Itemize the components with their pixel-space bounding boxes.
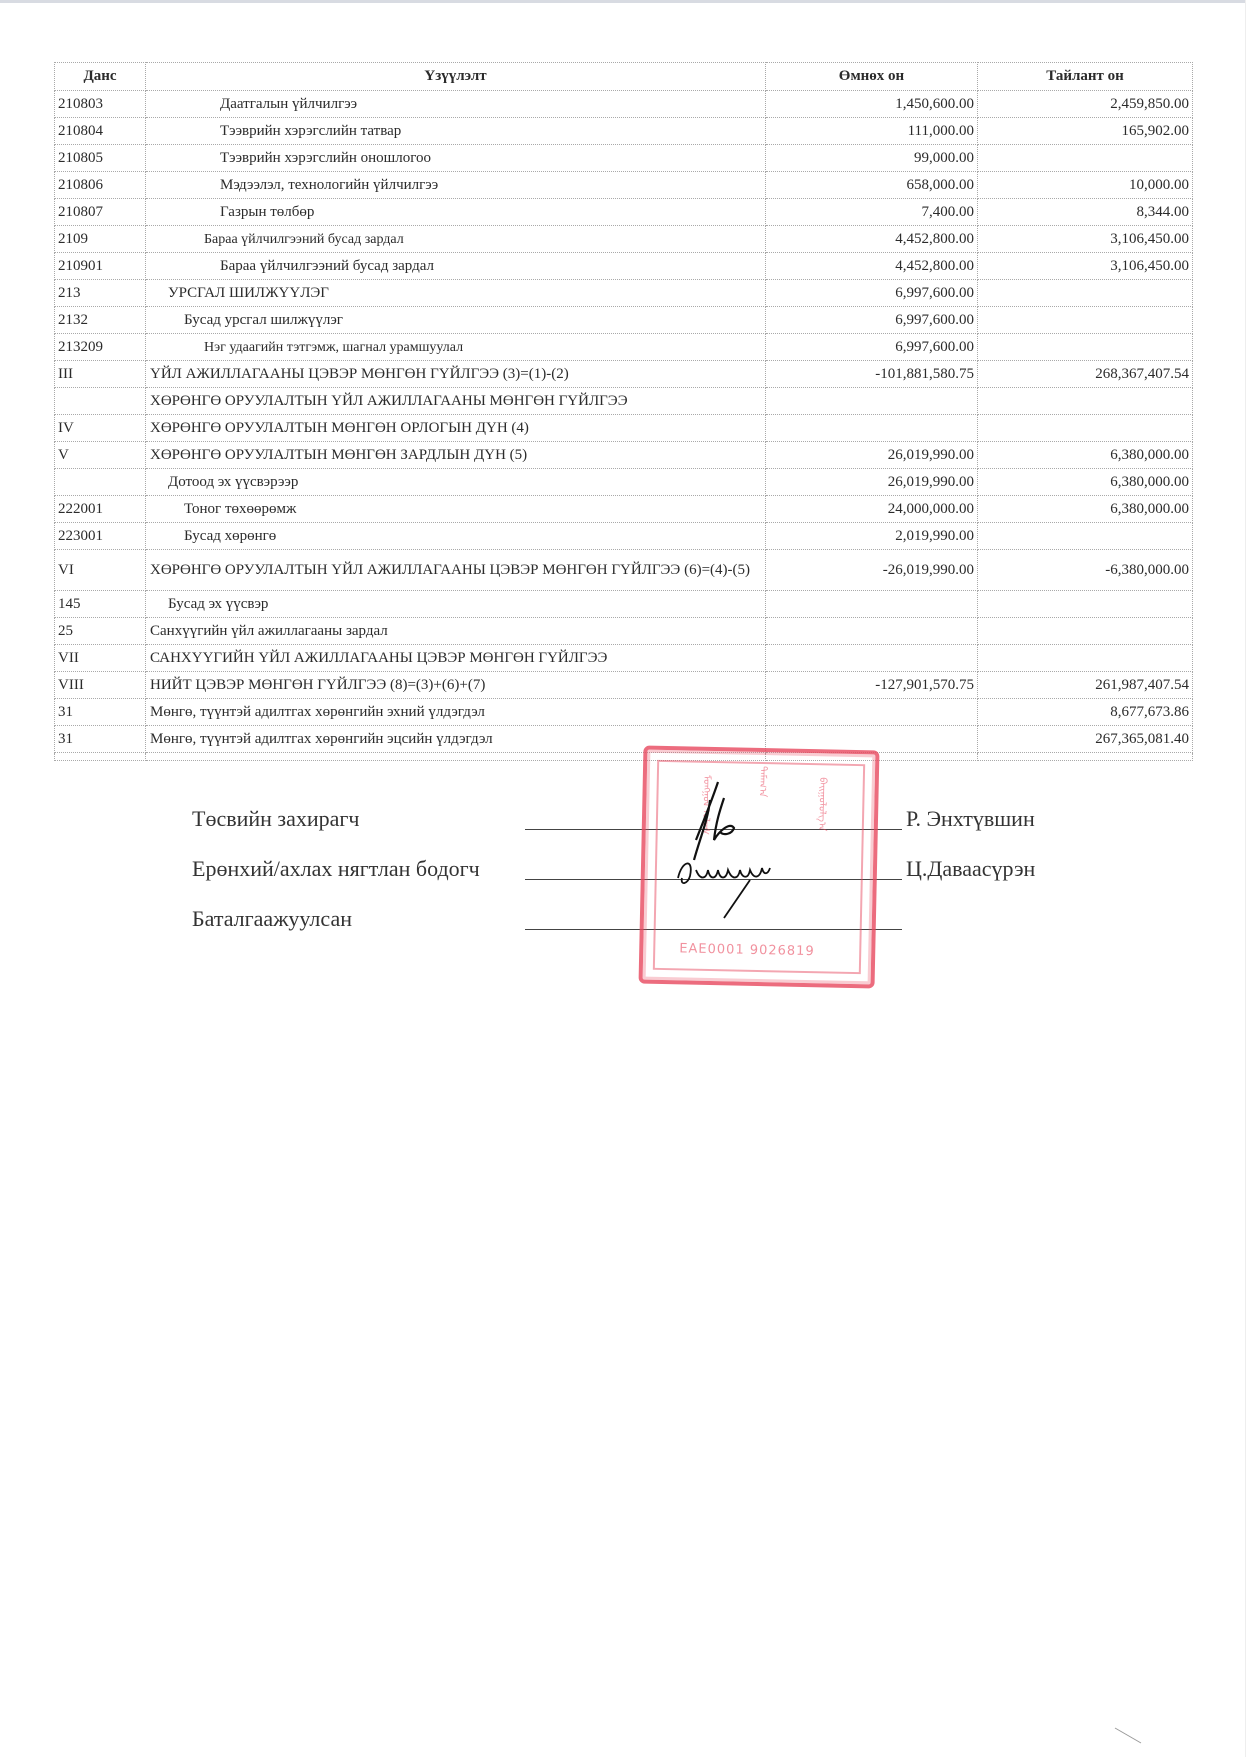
table-row: 31Мөнгө, түүнтэй адилтгах хөрөнгийн эхни… [55, 699, 1193, 726]
table-row: 210805Тээврийн хэрэгслийн оношлогоо99,00… [55, 145, 1193, 172]
indicator-label-cell: ХӨРӨНГӨ ОРУУЛАЛТЫН МӨНГӨН ОРЛОГЫН ДҮН (4… [146, 415, 766, 442]
previous-year-value-cell [766, 699, 978, 726]
previous-year-value-cell: -101,881,580.75 [766, 361, 978, 388]
table-row: IVХӨРӨНГӨ ОРУУЛАЛТЫН МӨНГӨН ОРЛОГЫН ДҮН … [55, 415, 1193, 442]
account-code-cell: 213 [55, 280, 146, 307]
account-code-cell: III [55, 361, 146, 388]
indicator-label-cell: Тээврийн хэрэгслийн татвар [146, 118, 766, 145]
indicator-label-cell: Бусад хөрөнгө [146, 523, 766, 550]
spacer-cell [55, 753, 146, 761]
spacer-cell [978, 753, 1193, 761]
current-year-value-cell [978, 280, 1193, 307]
table-row: VIХӨРӨНГӨ ОРУУЛАЛТЫН ҮЙЛ АЖИЛЛАГААНЫ ЦЭВ… [55, 550, 1193, 591]
previous-year-value-cell: 4,452,800.00 [766, 226, 978, 253]
indicator-label-cell: Даатгалын үйлчилгээ [146, 91, 766, 118]
stamp-registration-code: EAE0001 9026819 [679, 941, 815, 959]
current-year-value-cell: 3,106,450.00 [978, 253, 1193, 280]
indicator-label-cell: УРСГАЛ ШИЛЖҮҮЛЭГ [146, 280, 766, 307]
current-year-value-cell: 6,380,000.00 [978, 496, 1193, 523]
current-year-value-cell: 3,106,450.00 [978, 226, 1193, 253]
table-row: VIIСАНХҮҮГИЙН ҮЙЛ АЖИЛЛАГААНЫ ЦЭВЭР МӨНГ… [55, 645, 1193, 672]
account-code-cell: 223001 [55, 523, 146, 550]
table-row: 213УРСГАЛ ШИЛЖҮҮЛЭГ6,997,600.00 [55, 280, 1193, 307]
current-year-value-cell: 10,000.00 [978, 172, 1193, 199]
indicator-label-cell: Нэг удаагийн тэтгэмж, шагнал урамшуулал [146, 334, 766, 361]
current-year-value-cell [978, 523, 1193, 550]
current-year-value-cell: 2,459,850.00 [978, 91, 1193, 118]
account-code-cell: IV [55, 415, 146, 442]
previous-year-value-cell: 26,019,990.00 [766, 469, 978, 496]
current-year-value-cell [978, 307, 1193, 334]
handwritten-signature-2 [672, 840, 822, 920]
current-year-value-cell: 268,367,407.54 [978, 361, 1193, 388]
current-year-value-cell [978, 145, 1193, 172]
header-current-year: Тайлант он [978, 63, 1193, 91]
account-code-cell [55, 388, 146, 415]
indicator-label-cell: Дотоод эх үүсвэрээр [146, 469, 766, 496]
previous-year-value-cell [766, 645, 978, 672]
signatory-name-budget-manager: Р. Энхтүвшин [906, 806, 1035, 832]
account-code-cell: 210806 [55, 172, 146, 199]
current-year-value-cell: -6,380,000.00 [978, 550, 1193, 591]
previous-year-value-cell: 2,019,990.00 [766, 523, 978, 550]
account-code-cell: 31 [55, 726, 146, 753]
current-year-value-cell: 8,344.00 [978, 199, 1193, 226]
indicator-label-cell: Тээврийн хэрэгслийн оношлогоо [146, 145, 766, 172]
table-row: 210901Бараа үйлчилгээний бусад зардал4,4… [55, 253, 1193, 280]
current-year-value-cell [978, 591, 1193, 618]
table-row: ХӨРӨНГӨ ОРУУЛАЛТЫН ҮЙЛ АЖИЛЛАГААНЫ МӨНГӨ… [55, 388, 1193, 415]
indicator-label-cell: Бусад эх үүсвэр [146, 591, 766, 618]
table-row: VХӨРӨНГӨ ОРУУЛАЛТЫН МӨНГӨН ЗАРДЛЫН ДҮН (… [55, 442, 1193, 469]
previous-year-value-cell: 7,400.00 [766, 199, 978, 226]
table-row: VIIIНИЙТ ЦЭВЭР МӨНГӨН ГҮЙЛГЭЭ (8)=(3)+(6… [55, 672, 1193, 699]
table-row: 2132Бусад урсгал шилжүүлэг6,997,600.00 [55, 307, 1193, 334]
signature-role-chief-accountant: Ерөнхий/ахлах нягтлан бодогч [192, 856, 480, 882]
indicator-label-cell: Тоног төхөөрөмж [146, 496, 766, 523]
indicator-label-cell: Бараа үйлчилгээний бусад зардал [146, 226, 766, 253]
current-year-value-cell: 6,380,000.00 [978, 442, 1193, 469]
account-code-cell: 222001 [55, 496, 146, 523]
previous-year-value-cell: 6,997,600.00 [766, 307, 978, 334]
table-row: 210803Даатгалын үйлчилгээ1,450,600.002,4… [55, 91, 1193, 118]
account-code-cell: 210803 [55, 91, 146, 118]
account-code-cell: 2109 [55, 226, 146, 253]
indicator-label-cell: ҮЙЛ АЖИЛЛАГААНЫ ЦЭВЭР МӨНГӨН ГҮЙЛГЭЭ (3)… [146, 361, 766, 388]
signature-role-verified: Баталгаажуулсан [192, 906, 352, 932]
account-code-cell [55, 469, 146, 496]
indicator-label-cell: Мэдээлэл, технологийн үйлчилгээ [146, 172, 766, 199]
cash-flow-table: Данс Үзүүлэлт Өмнөх он Тайлант он 210803… [54, 62, 1193, 761]
previous-year-value-cell: 658,000.00 [766, 172, 978, 199]
previous-year-value-cell: 4,452,800.00 [766, 253, 978, 280]
account-code-cell: VII [55, 645, 146, 672]
current-year-value-cell [978, 388, 1193, 415]
table-trailing-spacer-row [55, 753, 1193, 761]
previous-year-value-cell [766, 591, 978, 618]
previous-year-value-cell: -26,019,990.00 [766, 550, 978, 591]
table-row: 210804Тээврийн хэрэгслийн татвар111,000.… [55, 118, 1193, 145]
indicator-label-cell: Мөнгө, түүнтэй адилтгах хөрөнгийн эхний … [146, 699, 766, 726]
account-code-cell: VI [55, 550, 146, 591]
current-year-value-cell: 261,987,407.54 [978, 672, 1193, 699]
indicator-label-cell: Газрын төлбөр [146, 199, 766, 226]
indicator-label-cell: ХӨРӨНГӨ ОРУУЛАЛТЫН ҮЙЛ АЖИЛЛАГААНЫ МӨНГӨ… [146, 388, 766, 415]
header-account: Данс [55, 63, 146, 91]
table-body: 210803Даатгалын үйлчилгээ1,450,600.002,4… [55, 91, 1193, 761]
table-row: 222001Тоног төхөөрөмж24,000,000.006,380,… [55, 496, 1193, 523]
indicator-label-cell: Санхүүгийн үйл ажиллагааны зардал [146, 618, 766, 645]
signatory-name-chief-accountant: Ц.Даваасүрэн [906, 856, 1035, 882]
table-row: 2109Бараа үйлчилгээний бусад зардал4,452… [55, 226, 1193, 253]
account-code-cell: 210901 [55, 253, 146, 280]
previous-year-value-cell: 26,019,990.00 [766, 442, 978, 469]
current-year-value-cell: 6,380,000.00 [978, 469, 1193, 496]
account-code-cell: 210805 [55, 145, 146, 172]
table-row: IIIҮЙЛ АЖИЛЛАГААНЫ ЦЭВЭР МӨНГӨН ГҮЙЛГЭЭ … [55, 361, 1193, 388]
indicator-label-cell: САНХҮҮГИЙН ҮЙЛ АЖИЛЛАГААНЫ ЦЭВЭР МӨНГӨН … [146, 645, 766, 672]
previous-year-value-cell: 24,000,000.00 [766, 496, 978, 523]
account-code-cell: 2132 [55, 307, 146, 334]
current-year-value-cell: 8,677,673.86 [978, 699, 1193, 726]
indicator-label-cell: НИЙТ ЦЭВЭР МӨНГӨН ГҮЙЛГЭЭ (8)=(3)+(6)+(7… [146, 672, 766, 699]
previous-year-value-cell: 99,000.00 [766, 145, 978, 172]
signature-role-budget-manager: Төсвийн захирагч [192, 806, 360, 832]
previous-year-value-cell: -127,901,570.75 [766, 672, 978, 699]
current-year-value-cell [978, 334, 1193, 361]
current-year-value-cell [978, 415, 1193, 442]
account-code-cell: 31 [55, 699, 146, 726]
previous-year-value-cell [766, 388, 978, 415]
current-year-value-cell: 267,365,081.40 [978, 726, 1193, 753]
table-row: 210806Мэдээлэл, технологийн үйлчилгээ658… [55, 172, 1193, 199]
account-code-cell: 210807 [55, 199, 146, 226]
account-code-cell: 25 [55, 618, 146, 645]
account-code-cell: 145 [55, 591, 146, 618]
header-previous-year: Өмнөх он [766, 63, 978, 91]
account-code-cell: 210804 [55, 118, 146, 145]
table-row: Дотоод эх үүсвэрээр26,019,990.006,380,00… [55, 469, 1193, 496]
previous-year-value-cell: 6,997,600.00 [766, 280, 978, 307]
table-row: 145Бусад эх үүсвэр [55, 591, 1193, 618]
table-row: 223001Бусад хөрөнгө2,019,990.00 [55, 523, 1193, 550]
indicator-label-cell: ХӨРӨНГӨ ОРУУЛАЛТЫН ҮЙЛ АЖИЛЛАГААНЫ ЦЭВЭР… [146, 550, 766, 591]
indicator-label-cell: Бараа үйлчилгээний бусад зардал [146, 253, 766, 280]
table-row: 210807Газрын төлбөр7,400.008,344.00 [55, 199, 1193, 226]
account-code-cell: VIII [55, 672, 146, 699]
current-year-value-cell [978, 618, 1193, 645]
scan-top-edge [0, 0, 1246, 3]
indicator-label-cell: ХӨРӨНГӨ ОРУУЛАЛТЫН МӨНГӨН ЗАРДЛЫН ДҮН (5… [146, 442, 766, 469]
table-row: 213209Нэг удаагийн тэтгэмж, шагнал урамш… [55, 334, 1193, 361]
scan-artifact-mark [1115, 1728, 1141, 1744]
previous-year-value-cell: 1,450,600.00 [766, 91, 978, 118]
account-code-cell: V [55, 442, 146, 469]
current-year-value-cell [978, 645, 1193, 672]
header-indicator: Үзүүлэлт [146, 63, 766, 91]
previous-year-value-cell: 6,997,600.00 [766, 334, 978, 361]
current-year-value-cell: 165,902.00 [978, 118, 1193, 145]
table-row: 25Санхүүгийн үйл ажиллагааны зардал [55, 618, 1193, 645]
table-row: 31Мөнгө, түүнтэй адилтгах хөрөнгийн эцси… [55, 726, 1193, 753]
previous-year-value-cell [766, 415, 978, 442]
indicator-label-cell: Бусад урсгал шилжүүлэг [146, 307, 766, 334]
account-code-cell: 213209 [55, 334, 146, 361]
table-header-row: Данс Үзүүлэлт Өмнөх он Тайлант он [55, 63, 1193, 91]
previous-year-value-cell: 111,000.00 [766, 118, 978, 145]
previous-year-value-cell [766, 618, 978, 645]
